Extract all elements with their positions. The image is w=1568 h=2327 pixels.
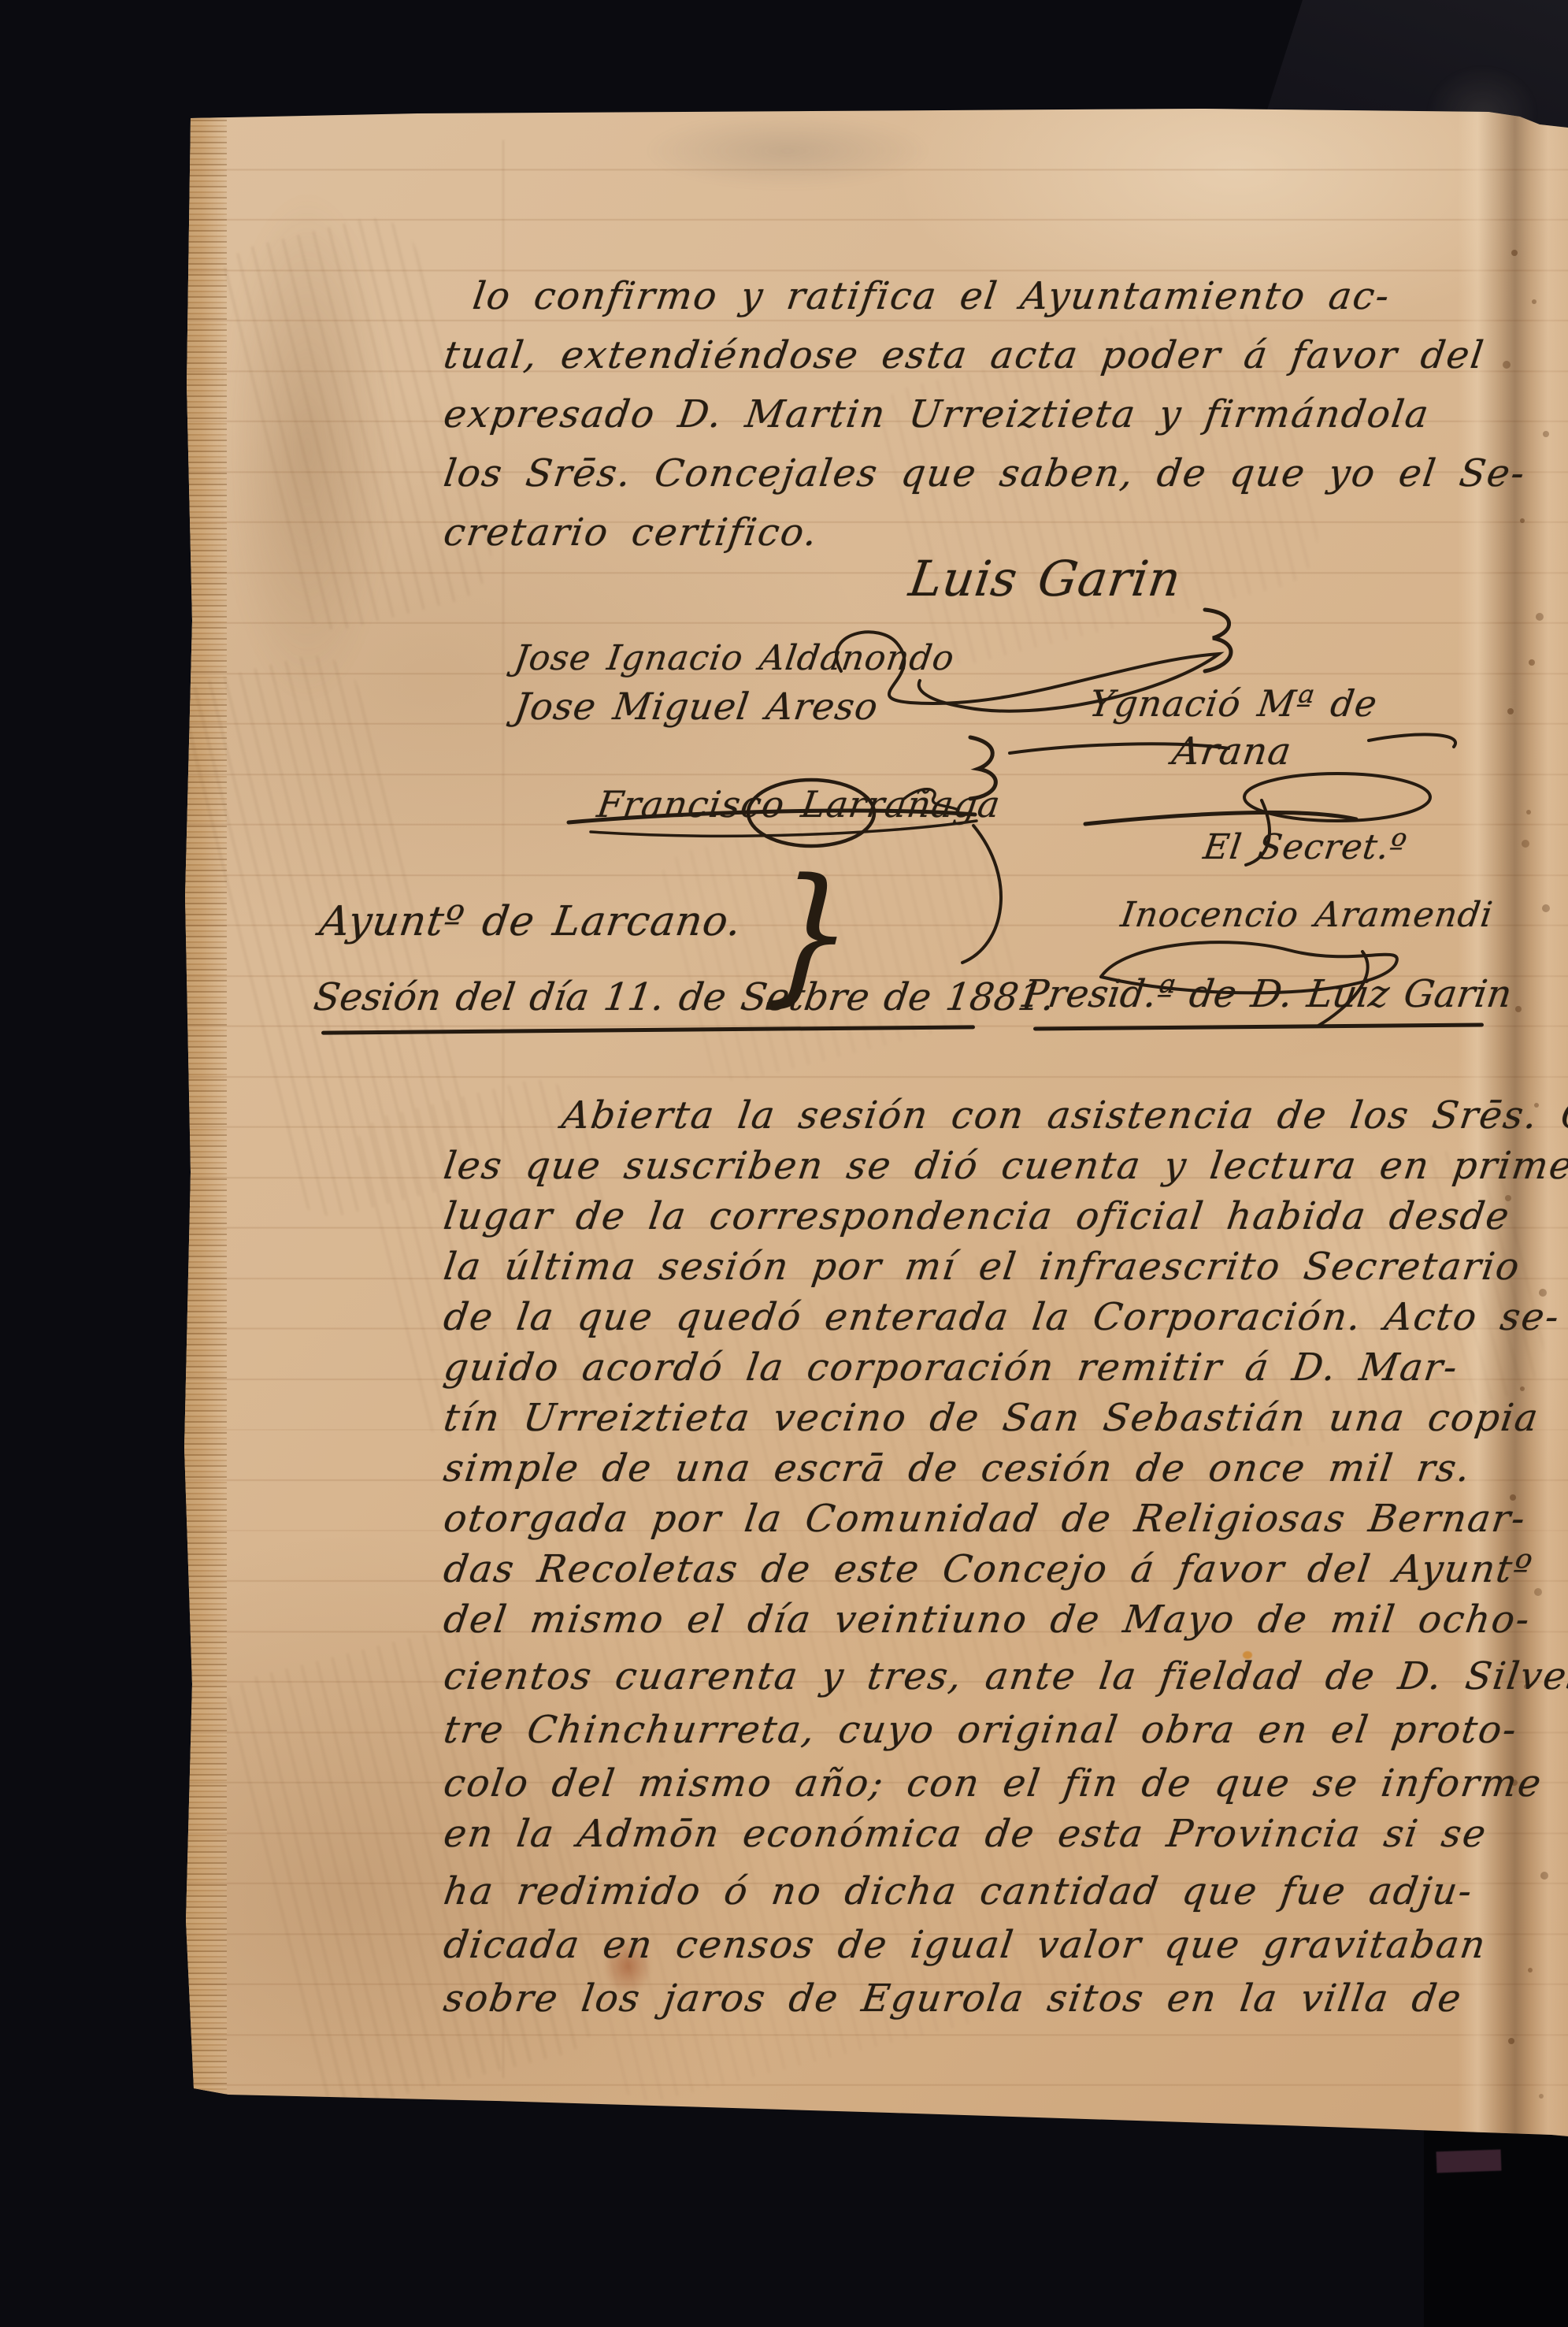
manuscript-line: les que suscriben se dió cuenta y lectur… <box>441 1144 1568 1188</box>
municipality-label: Ayuntº de Larcano. <box>317 898 745 945</box>
manuscript-line: guido acordó la corporación remitir á D.… <box>441 1345 1462 1390</box>
manuscript-line: ha redimido ó no dicha cantidad que fue … <box>441 1869 1476 1913</box>
signature-arana-line2: Arana <box>1170 729 1295 774</box>
secretary-title: El Secret.º <box>1201 827 1410 867</box>
signature-larranaga: Francisco Larrañaga <box>595 783 1003 826</box>
manuscript-line: del mismo el día veintiuno de Mayo de mi… <box>441 1598 1533 1642</box>
manuscript-line: de la que quedó enterada la Corporación.… <box>441 1295 1563 1339</box>
signature-aldanondo: Jose Ignacio Aldanondo <box>512 638 957 678</box>
gray-smudge <box>646 113 929 188</box>
manuscript-line: la última sesión por mí el infraescrito … <box>441 1245 1523 1289</box>
manuscript-line: colo del mismo año; con el fin de que se… <box>441 1761 1545 1806</box>
manuscript-line: cretario certifico. <box>441 510 821 555</box>
manuscript-line: Abierta la sesión con asistencia de los … <box>559 1093 1568 1138</box>
manuscript-line: otorgada por la Comunidad de Religiosas … <box>441 1497 1529 1541</box>
signature-areso: Jose Miguel Areso <box>512 685 881 729</box>
manuscript-line: lugar de la correspondencia oficial habi… <box>441 1194 1513 1238</box>
manuscript-line: das Recoletas de este Concejo á favor de… <box>441 1547 1536 1591</box>
manuscript-line: lo confirmo y ratifica el Ayuntamiento a… <box>470 274 1393 318</box>
signature-arana-line1: Ygnació Mª de <box>1087 682 1380 725</box>
brown-stain <box>224 195 390 700</box>
session-heading-date: Sesión del día 11. de Setbre de 1881. <box>311 975 1058 1019</box>
manuscript-line: sobre los jaros de Egurola sitos en la v… <box>441 1976 1465 2021</box>
manuscript-line: tín Urreiztieta vecino de San Sebastián … <box>441 1396 1542 1440</box>
manuscript-line: dicada en censos de igual valor que grav… <box>441 1923 1489 1967</box>
signature-luis-garin: Luis Garin <box>906 550 1185 607</box>
manuscript-line: cientos cuarenta y tres, ante la fieldad… <box>441 1654 1568 1698</box>
manuscript-page: lo confirmo y ratifica el Ayuntamiento a… <box>181 109 1568 2140</box>
manuscript-line: tual, extendiéndose esta acta poder á fa… <box>441 333 1488 377</box>
book-cover-sliver <box>1436 2150 1502 2173</box>
scanned-manuscript-photo: { "document": { "kind": "Handwritten mun… <box>0 0 1568 2327</box>
session-heading-presidency: Presid.ª de D. Luiz Garin <box>1020 972 1514 1016</box>
manuscript-line: simple de una escrā de cesión de once mi… <box>441 1446 1474 1490</box>
manuscript-line: tre Chinchurreta, cuyo original obra en … <box>441 1708 1521 1752</box>
secretary-signature: Inocencio Aramendi <box>1118 895 1496 935</box>
manuscript-line: expresado D. Martin Urreiztieta y firmán… <box>441 392 1433 436</box>
manuscript-line: en la Admōn económica de esta Provincia … <box>441 1812 1490 1856</box>
manuscript-line: los Srēs. Concejales que saben, de que y… <box>441 451 1529 495</box>
